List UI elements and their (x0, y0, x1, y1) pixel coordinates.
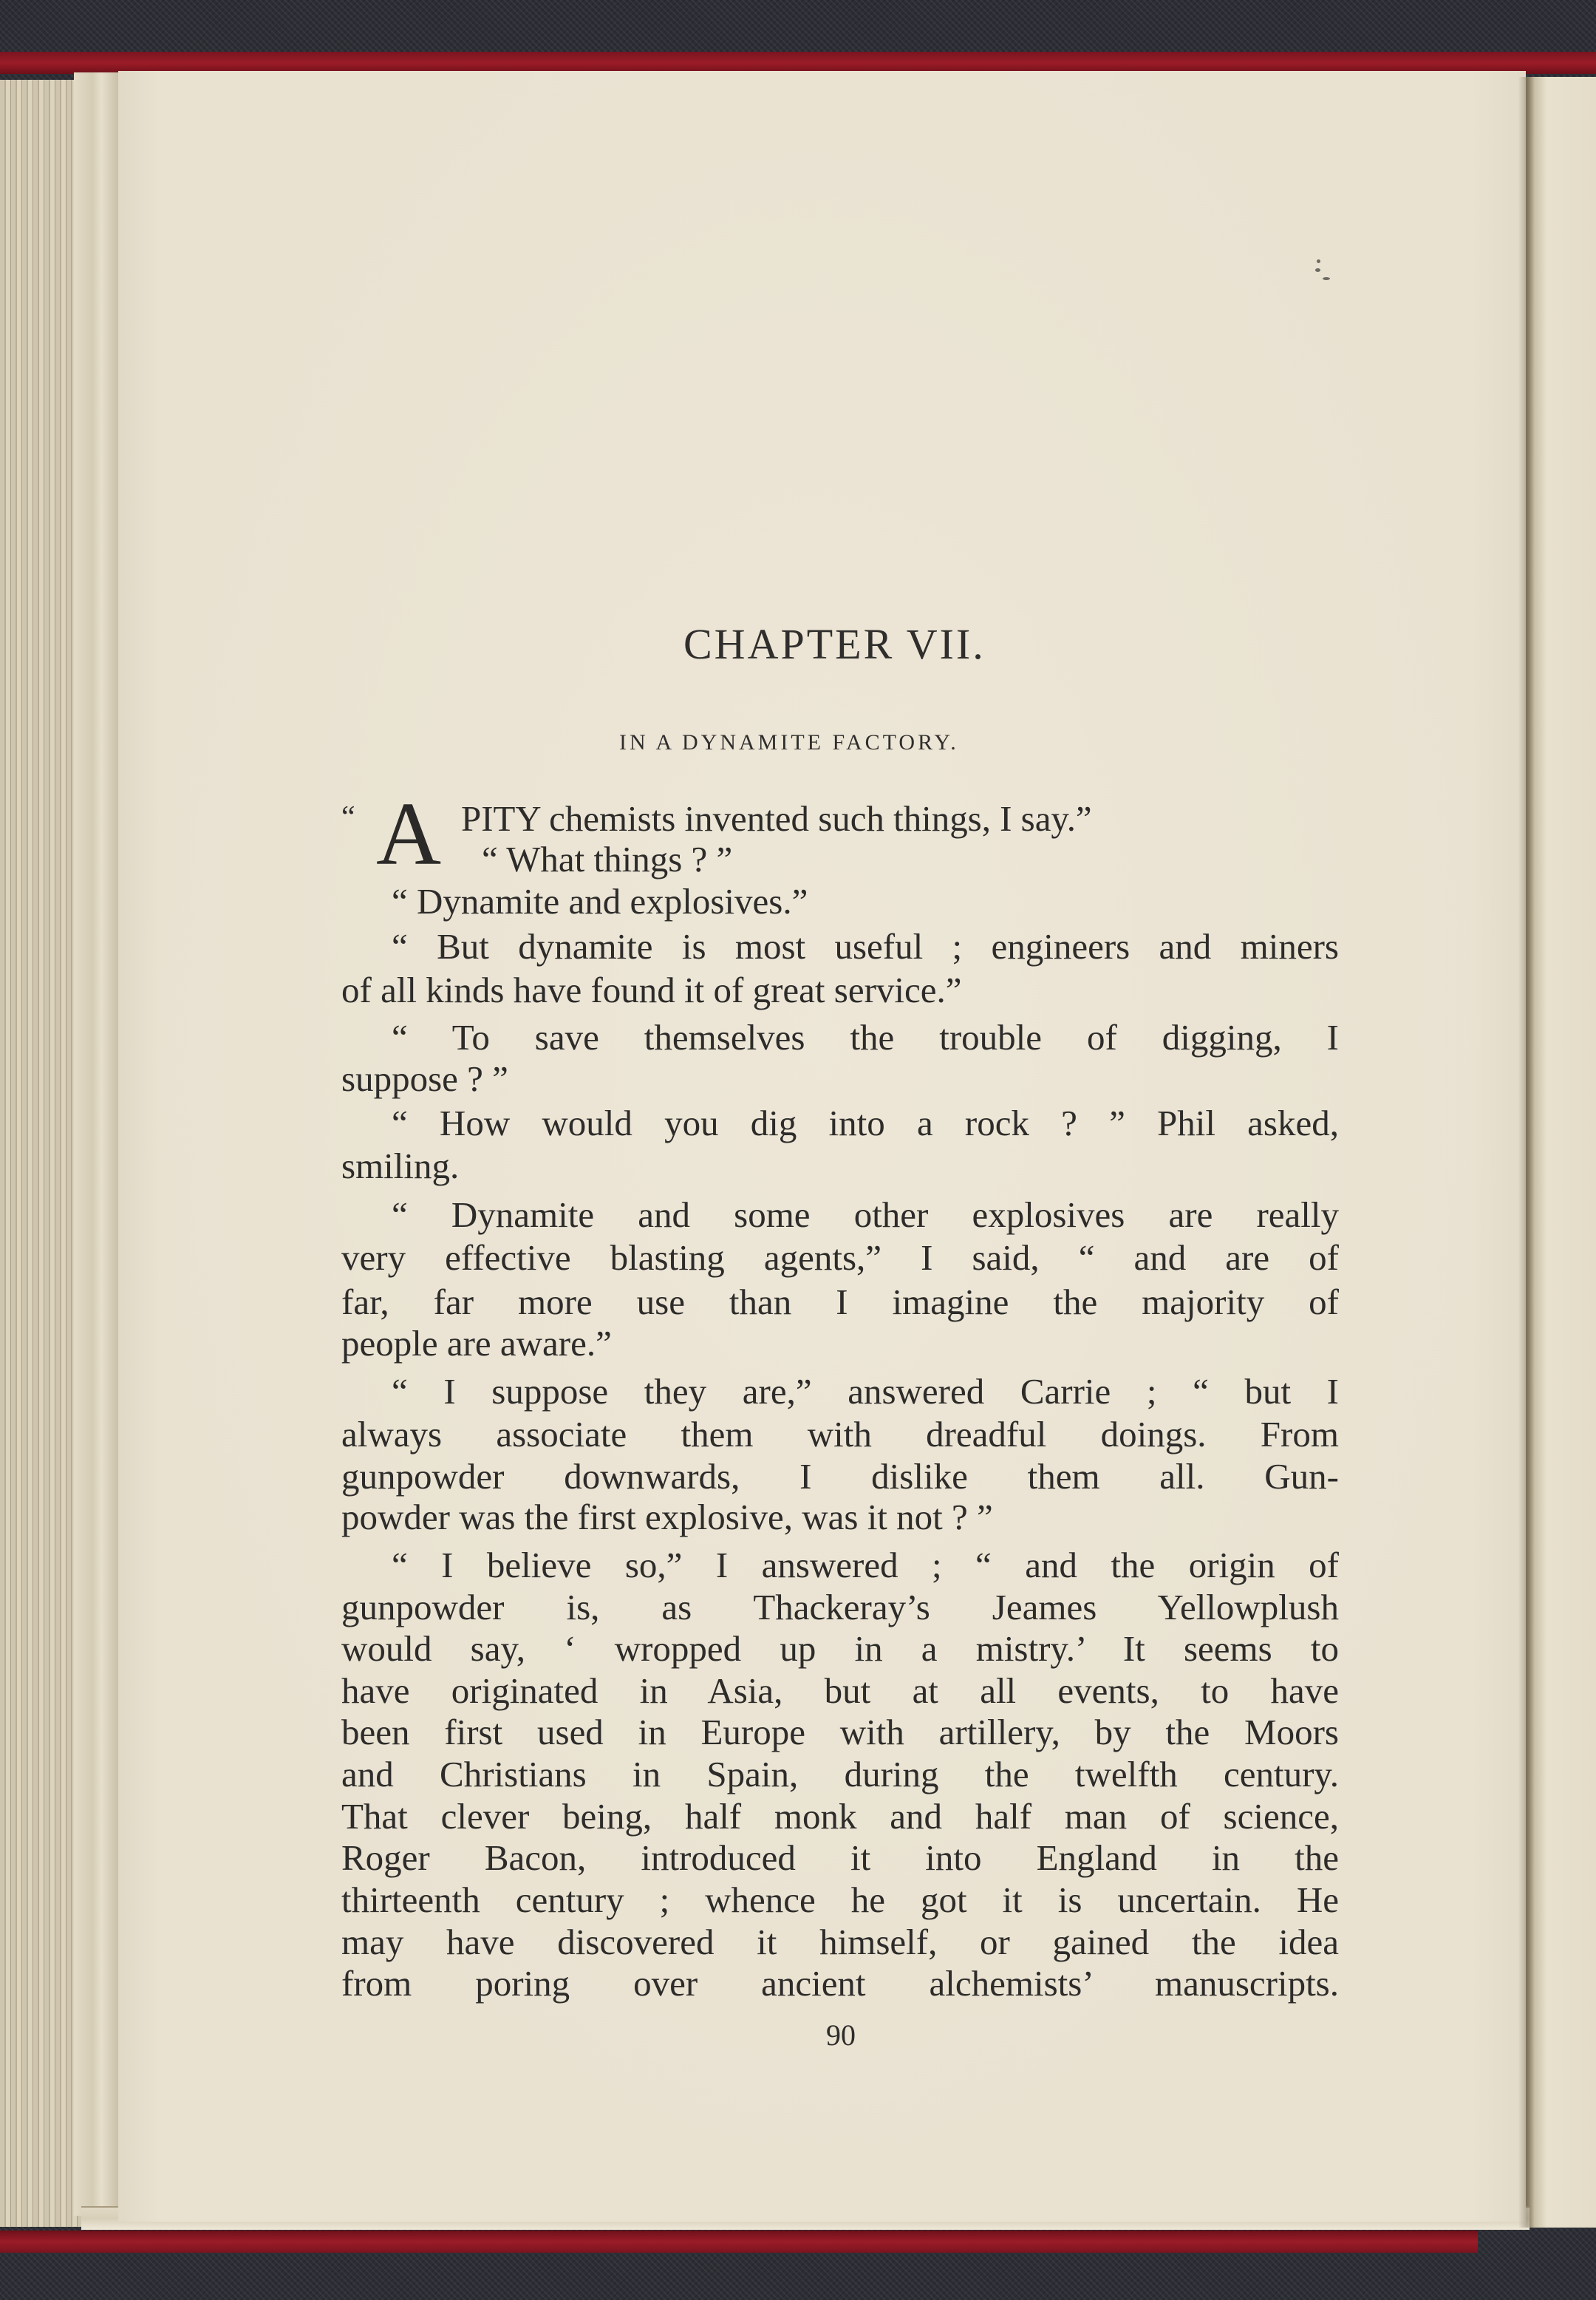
text-line: “ What things ? ” (482, 839, 925, 880)
text-line: thirteenth century ; whence he got it is… (341, 1879, 1339, 1921)
chapter-title: CHAPTER VII. (683, 619, 986, 669)
text-line: gunpowder downwards, I dislike them all.… (341, 1456, 1339, 1497)
text-line: “ Dynamite and some other explosives are… (392, 1194, 1339, 1236)
text-line: and Christians in Spain, during the twel… (341, 1754, 1339, 1795)
next-page-edge-right (1526, 77, 1596, 2228)
text-line: people are aware.” (341, 1323, 785, 1364)
text-line: far, far more use than I imagine the maj… (341, 1282, 1339, 1323)
text-line: “ Dynamite and explosives.” (392, 881, 1057, 922)
text-line: from poring over ancient alchemists’ man… (341, 1963, 1339, 2004)
text-line: “ But dynamite is most useful ; engineer… (392, 926, 1339, 967)
text-line: of all kinds have found it of great serv… (341, 970, 1154, 1011)
text-line: gunpowder is, as Thackeray’s Jeames Yell… (341, 1587, 1339, 1628)
opening-quote-mark: “ (341, 800, 355, 835)
text-line: been first used in Europe with artillery… (341, 1712, 1339, 1753)
paper-specks (1308, 255, 1352, 285)
page-number: 90 (826, 2018, 856, 2052)
text-line: “ I believe so,” I answered ; “ and the … (392, 1545, 1339, 1586)
text-line: have originated in Asia, but at all even… (341, 1670, 1339, 1712)
page-stack-inner-edges (74, 72, 121, 2216)
text-line: would say, ‘ wropped up in a mistry.’ It… (341, 1628, 1339, 1670)
text-line: “ To save themselves the trouble of digg… (392, 1017, 1339, 1058)
red-binding-bottom-edge (0, 2231, 1478, 2253)
text-line: very effective blasting agents,” I said,… (341, 1237, 1339, 1279)
text-line: “ How would you dig into a rock ? ” Phil… (392, 1103, 1339, 1144)
text-line: That clever being, half monk and half ma… (341, 1796, 1339, 1837)
text-line: suppose ? ” (341, 1058, 637, 1100)
drop-cap-letter: A (376, 789, 441, 879)
text-line: PITY chemists invented such things, I sa… (461, 798, 1339, 840)
text-line: may have discovered it himself, or gaine… (341, 1922, 1339, 1963)
text-line: Roger Bacon, introduced it into England … (341, 1837, 1339, 1879)
chapter-subtitle: IN A DYNAMITE FACTORY. (619, 730, 959, 755)
gutter-shadow (1518, 77, 1535, 2228)
text-line: powder was the first explosive, was it n… (341, 1497, 1125, 1538)
text-line: “ I suppose they are,” answered Carrie ;… (392, 1371, 1339, 1412)
text-line: smiling. (341, 1146, 563, 1187)
text-line: always associate them with dreadful doin… (341, 1414, 1339, 1455)
